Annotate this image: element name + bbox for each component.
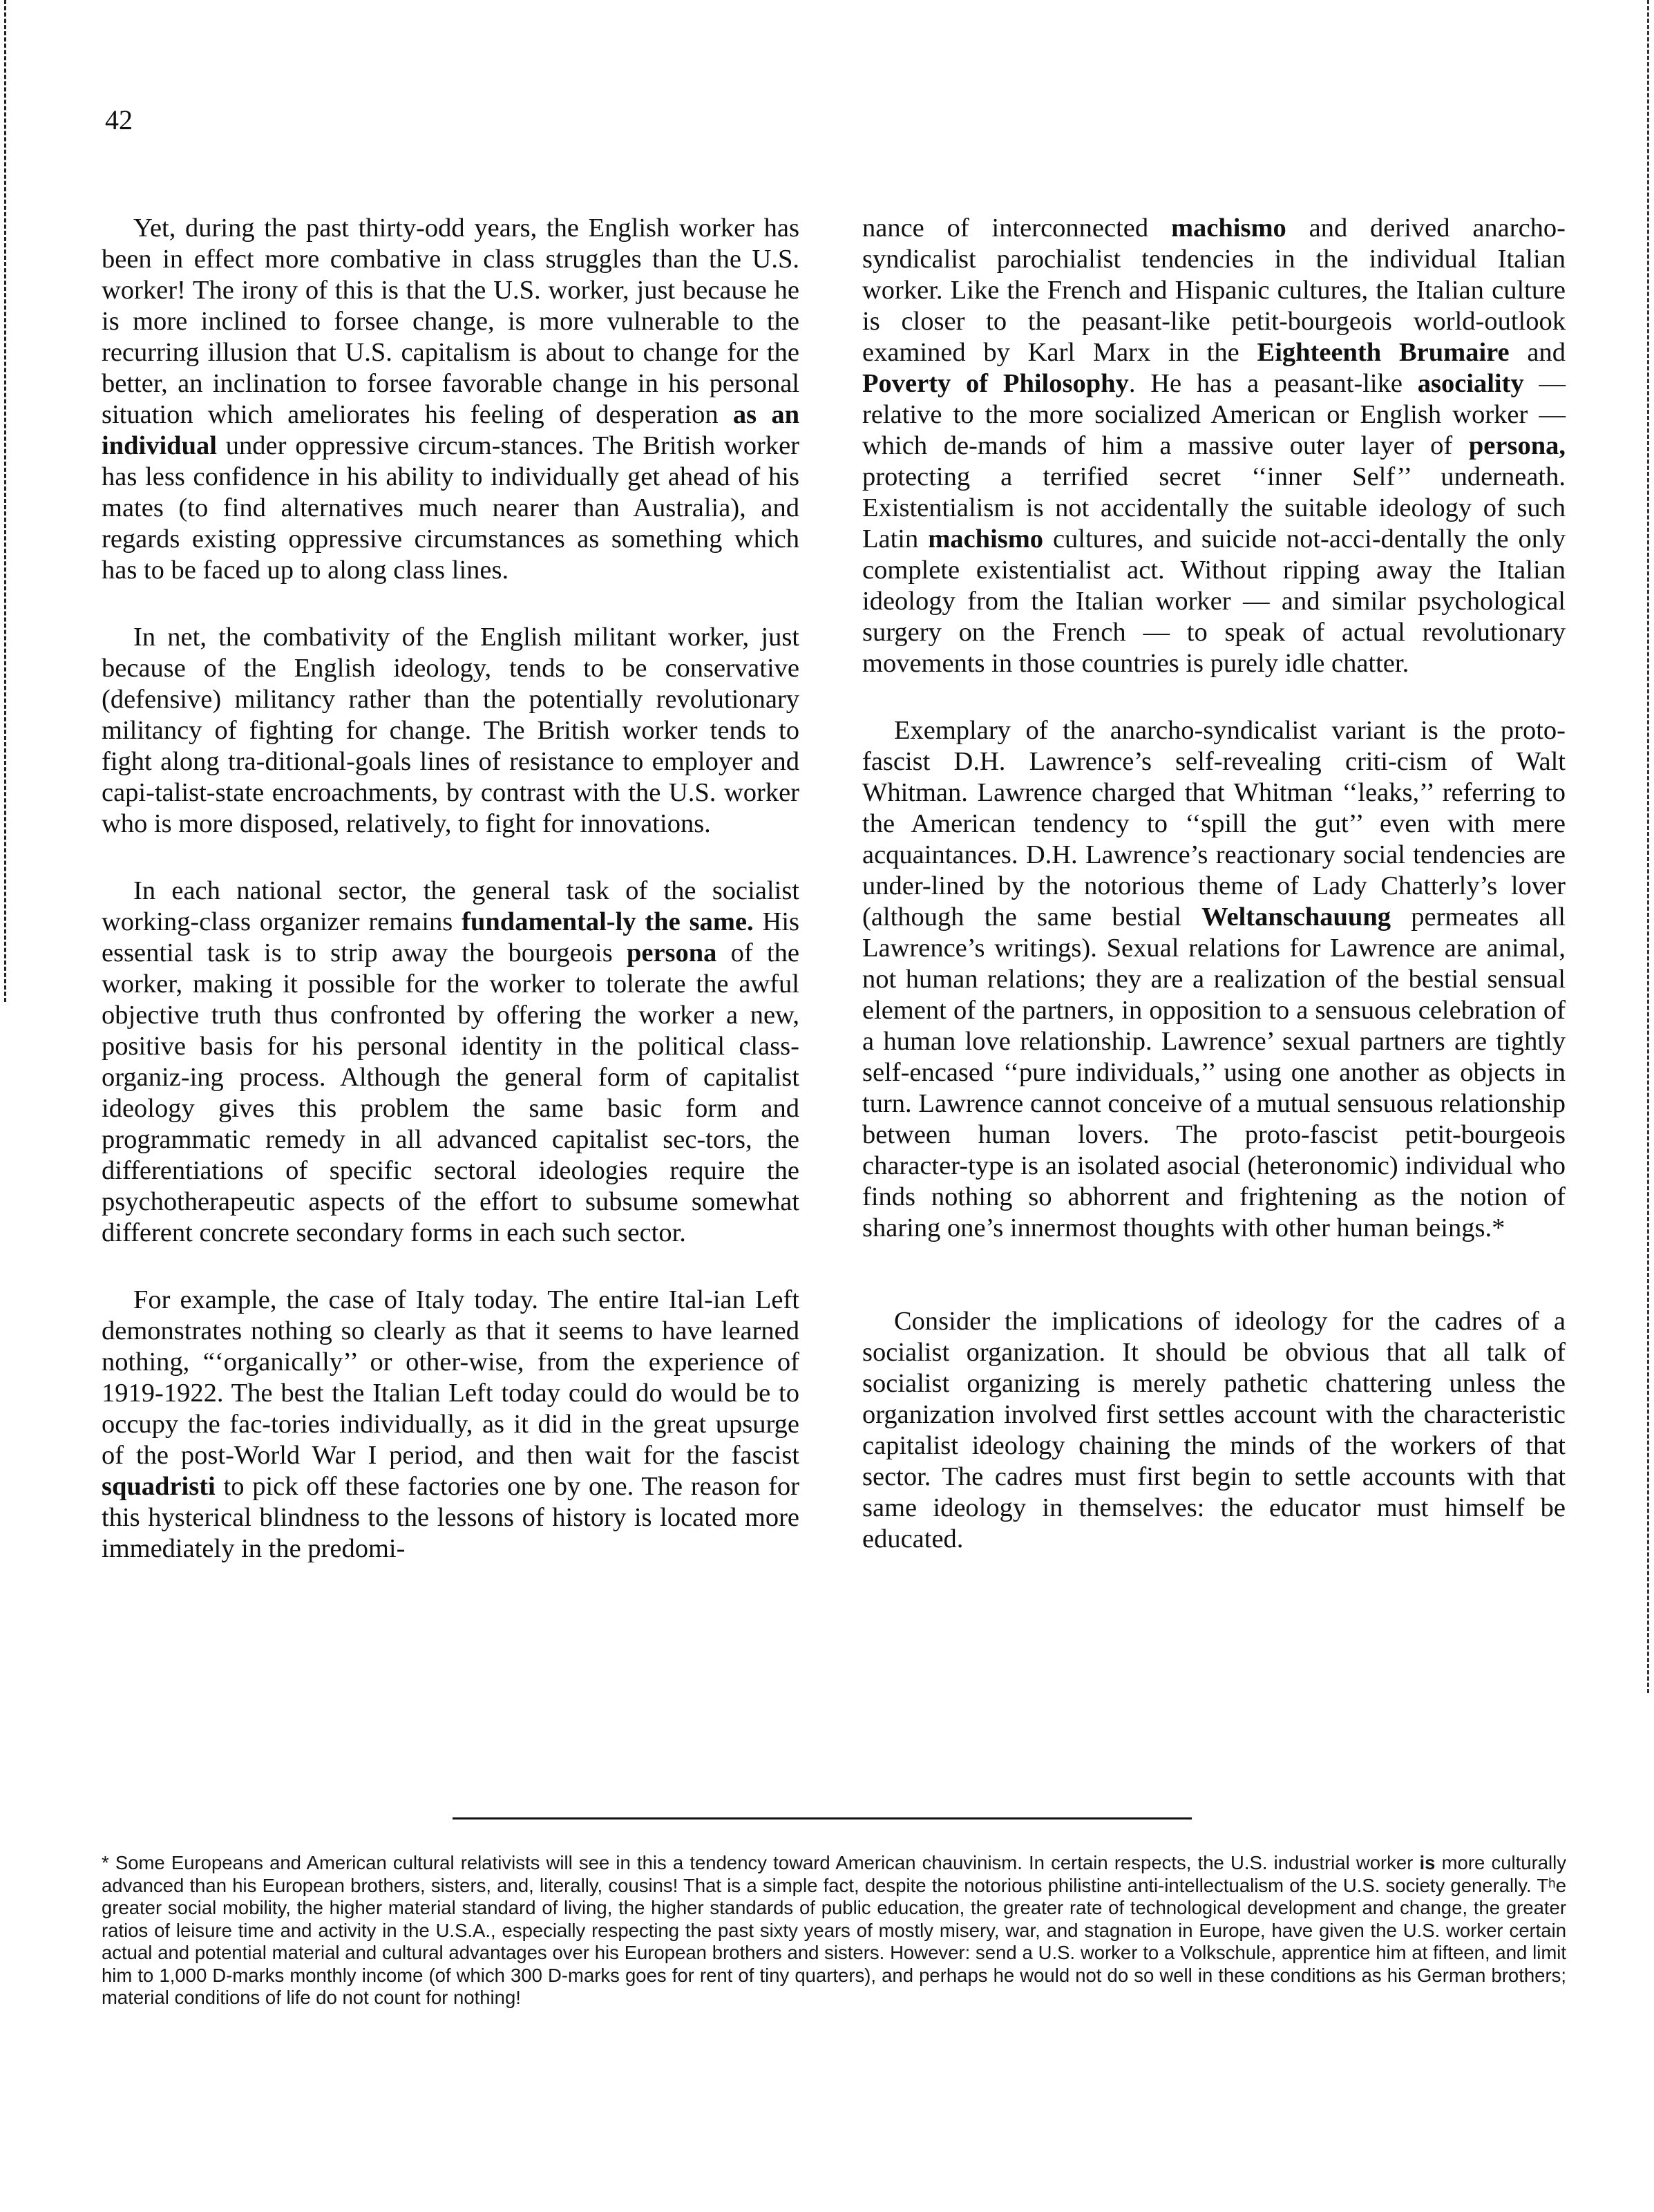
paragraph: Consider the implications of ideology fo… xyxy=(862,1306,1566,1555)
paragraph: In each national sector, the general tas… xyxy=(102,876,799,1249)
page-number: 42 xyxy=(105,104,133,137)
paragraph: Yet, during the past thirty-odd years, t… xyxy=(102,213,799,586)
footnote-separator xyxy=(453,1817,1192,1819)
text-run: In net, the combativity of the English m… xyxy=(102,623,799,838)
text-run: of the worker, making it possible for th… xyxy=(102,938,799,1247)
emphasized-text: fundamental-ly the same. xyxy=(462,907,754,936)
footnote: * Some Europeans and American cultural r… xyxy=(102,1852,1566,2010)
left-column: Yet, during the past thirty-odd years, t… xyxy=(102,213,799,1600)
text-run: For example, the case of Italy today. Th… xyxy=(102,1285,799,1470)
emphasized-text: persona xyxy=(627,938,716,967)
text-run: . He has a peasant-like xyxy=(1129,369,1418,398)
emphasized-text: asociality xyxy=(1418,369,1524,398)
emphasized-text: squadristi xyxy=(102,1472,216,1501)
emphasized-text: persona, xyxy=(1469,431,1566,460)
emphasized-text: Poverty of Philosophy xyxy=(862,369,1129,398)
emphasized-text: machismo xyxy=(1171,214,1286,243)
text-run: Exemplary of the anarcho-syndicalist var… xyxy=(862,716,1566,932)
scan-edge-right xyxy=(1647,0,1649,1693)
paragraph: For example, the case of Italy today. Th… xyxy=(102,1285,799,1565)
emphasized-text: machismo xyxy=(928,524,1043,554)
scan-edge-left xyxy=(4,0,6,1002)
text-run: more culturally advanced than his Europe… xyxy=(102,1852,1566,2008)
text-run: and xyxy=(1510,338,1566,367)
emphasized-text: Weltanschauung xyxy=(1201,902,1391,932)
text-run: * Some Europeans and American cultural r… xyxy=(102,1852,1420,1873)
paragraph-continuation: nance of interconnected machismo and der… xyxy=(862,213,1566,679)
text-run: nance of interconnected xyxy=(862,214,1171,243)
emphasized-text: Eighteenth Brumaire xyxy=(1257,338,1510,367)
text-run: permeates all Lawrence’s writings). Sexu… xyxy=(862,902,1566,1242)
text-run: Yet, during the past thirty-odd years, t… xyxy=(102,214,799,429)
paragraph: In net, the combativity of the English m… xyxy=(102,622,799,840)
right-column: nance of interconnected machismo and der… xyxy=(862,213,1566,1591)
emphasized-text: is xyxy=(1420,1852,1436,1873)
text-run: Consider the implications of ideology fo… xyxy=(862,1307,1566,1553)
paragraph: Exemplary of the anarcho-syndicalist var… xyxy=(862,715,1566,1244)
